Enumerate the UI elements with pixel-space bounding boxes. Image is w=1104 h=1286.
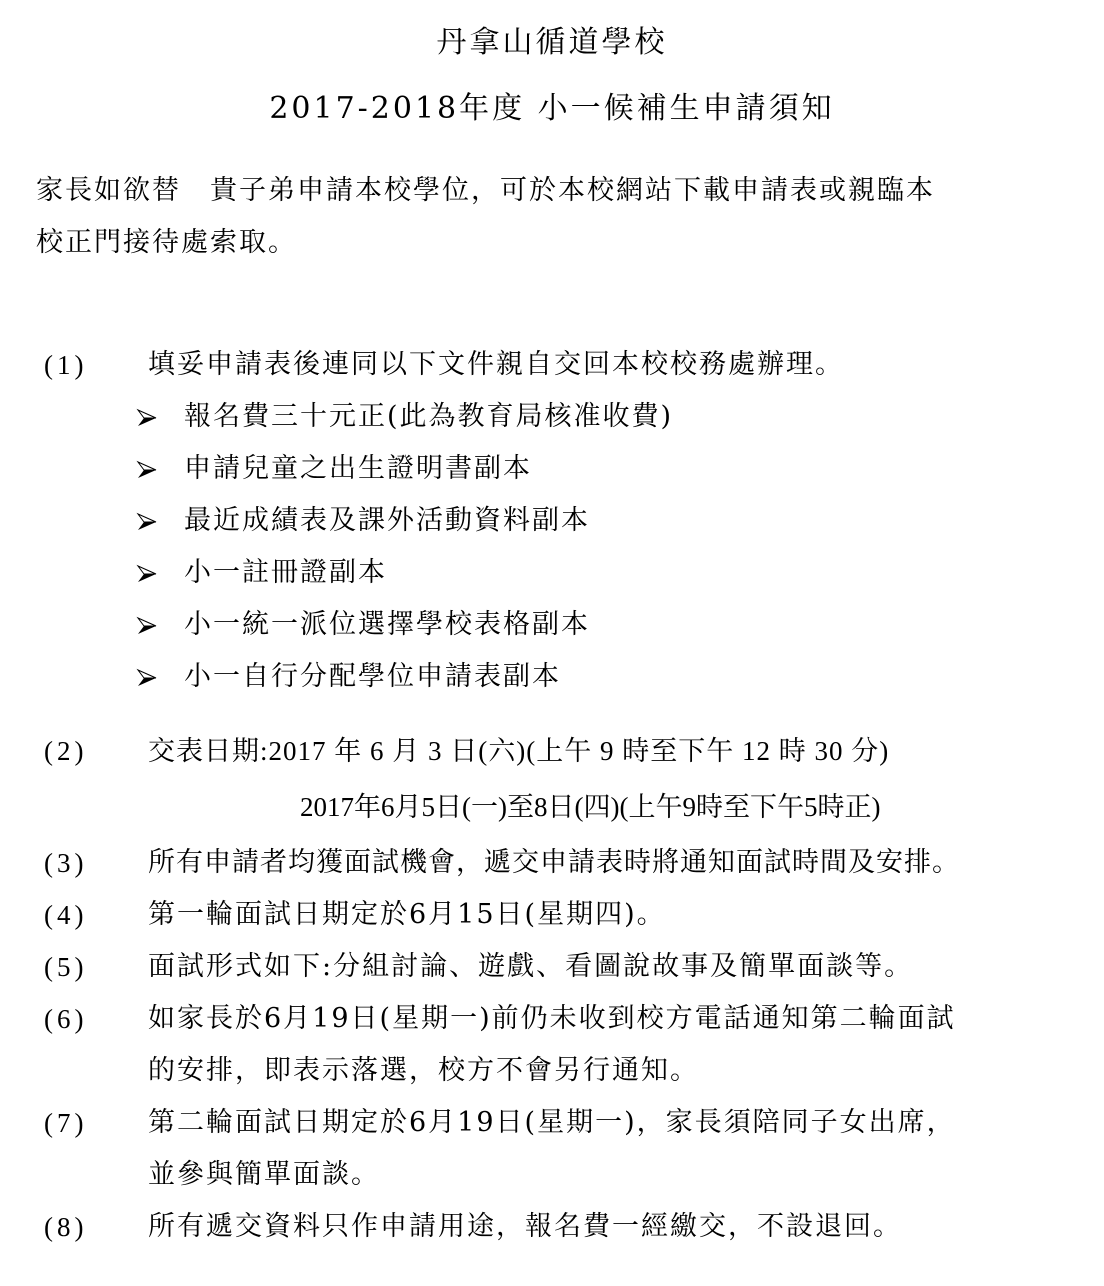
item-7-line-1: 第二輪面試日期定於6月19日(星期一)，家長須陪同子女出席， [148, 1106, 956, 1140]
bullet-text: 小一統一派位選擇學校表格副本 [184, 608, 590, 642]
item-1-text: 填妥申請表後連同以下文件親自交回本校校務處辦理。 [148, 348, 844, 382]
item-1-number: (1) [44, 348, 87, 382]
intro-line-2: 校正門接待處索取。 [36, 226, 297, 260]
arrow-bullet-icon [136, 563, 158, 585]
item-2-line-1: 交表日期:2017 年 6 月 3 日(六)(上午 9 時至下午 12 時 30… [148, 734, 889, 768]
arrow-bullet-icon [136, 511, 158, 533]
bullet-text: 最近成績表及課外活動資料副本 [184, 504, 590, 538]
arrow-bullet-icon [136, 459, 158, 481]
item-2-number: (2) [44, 734, 87, 768]
item-6-line-1: 如家長於6月19日(星期一)前仍未收到校方電話通知第二輪面試 [148, 1002, 956, 1036]
item-2-line-2: 2017年6月5日(一)至8日(四)(上午9時至下午5時正) [300, 790, 880, 824]
item-8-number: (8) [44, 1210, 87, 1244]
bullet-text: 小一註冊證副本 [184, 556, 387, 590]
arrow-bullet-icon [136, 615, 158, 637]
item-3-text: 所有申請者均獲面試機會，遞交申請表時將通知面試時間及安排。 [148, 846, 960, 880]
item-4-text: 第一輪面試日期定於6月15日(星期四)。 [148, 898, 666, 932]
arrow-bullet-icon [136, 407, 158, 429]
intro-line-1: 家長如欲替 貴子弟申請本校學位，可於本校網站下載申請表或親臨本 [36, 174, 935, 208]
item-8-text: 所有遞交資料只作申請用途，報名費一經繳交，不設退回。 [148, 1210, 902, 1244]
item-6-number: (6) [44, 1002, 87, 1036]
bullet-text: 小一自行分配學位申請表副本 [184, 660, 561, 694]
document-title: 2017-2018年度 小一候補生申請須知 [0, 92, 1104, 126]
item-7-number: (7) [44, 1106, 87, 1140]
item-4-number: (4) [44, 898, 87, 932]
arrow-bullet-icon [136, 667, 158, 689]
bullet-text: 報名費三十元正(此為教育局核准收費) [184, 400, 673, 434]
bullet-text: 申請兒童之出生證明書副本 [184, 452, 532, 486]
item-7-line-2: 並參與簡單面談。 [148, 1158, 380, 1192]
item-6-line-2: 的安排，即表示落選，校方不會另行通知。 [148, 1054, 699, 1088]
school-name: 丹拿山循道學校 [0, 26, 1104, 60]
item-5-number: (5) [44, 950, 87, 984]
item-3-number: (3) [44, 846, 87, 880]
item-5-text: 面試形式如下:分組討論、遊戲、看圖說故事及簡單面談等。 [148, 950, 913, 984]
